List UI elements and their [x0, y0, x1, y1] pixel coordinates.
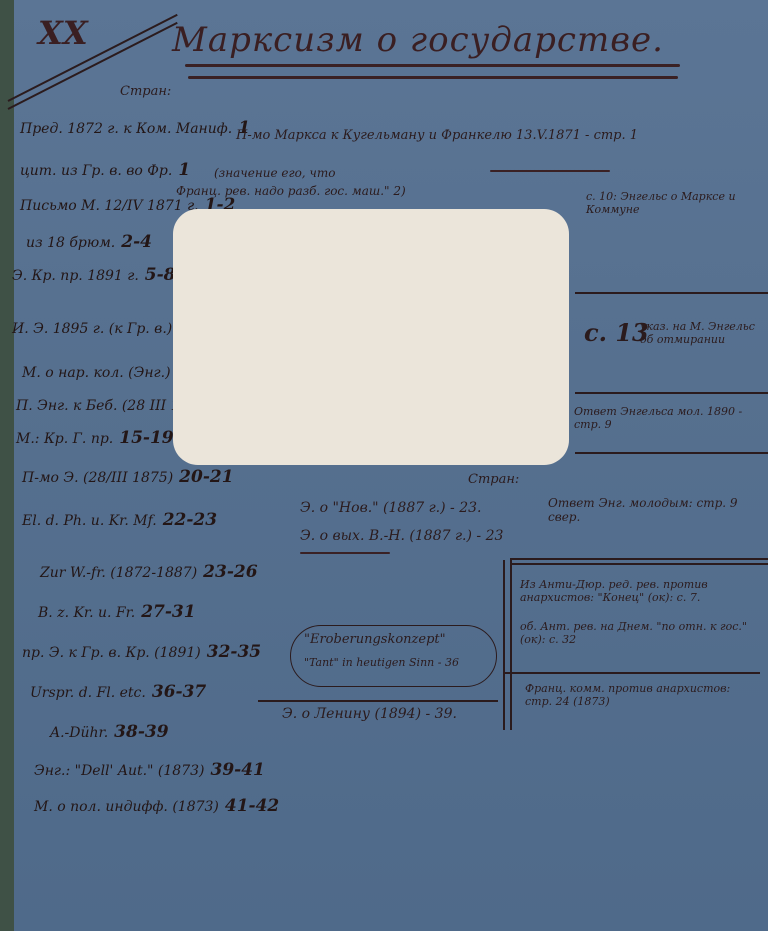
toc-row: Энг.: "Dell' Aut." (1873)39-41	[34, 760, 265, 780]
toc-row: пр. Э. к Гр. в. Кр. (1891)32-35	[22, 642, 261, 662]
box-top-inner	[510, 563, 768, 565]
note-c10: с. 10: Энгельс о Марксе и Коммуне	[586, 190, 766, 216]
toc-row: И. Э. 1895 г. (к Гр. в.)11	[12, 318, 202, 338]
top-note-sub2: Франц. рев. надо разб. гос. маш." 2)	[176, 184, 406, 198]
mid-item-2-underline	[300, 552, 390, 554]
mid-item-3: Э. о Ленину (1894) - 39.	[282, 706, 457, 722]
toc-row: из 18 брюм.2-4	[26, 232, 152, 252]
note-c13: указ. на М. Энгельс об отмирании	[640, 320, 760, 346]
notebook-spine	[0, 0, 14, 931]
top-note: П-мо Маркса к Кугельману и Франкелю 13.V…	[236, 128, 638, 143]
blank-label-card	[176, 212, 566, 462]
title-underline-1	[185, 64, 680, 67]
box-item-2: об. Ант. рев. на Днем. "по отн. к гос." …	[520, 620, 765, 646]
divider	[575, 392, 768, 394]
mid-item-2: Э. о вых. В.-Н. (1887 г.) - 23	[300, 528, 503, 544]
box-left	[503, 560, 505, 730]
toc-row: Zur W.-fr. (1872-1887)23-26	[40, 562, 258, 582]
toc-row: Пред. 1872 г. к Ком. Маниф.1	[20, 118, 250, 138]
toc-row: П-мо Э. (28/III 1875)20-21	[22, 467, 234, 487]
divider	[575, 452, 768, 454]
top-note-underline	[490, 170, 610, 172]
toc-row: A.-Dühr.38-39	[50, 722, 169, 742]
toc-row: М. о пол. индифф. (1873)41-42	[34, 796, 279, 816]
divider	[575, 292, 768, 294]
title-underline-2	[188, 76, 678, 79]
mid-item-1: Э. о "Нов." (1887 г.) - 23.	[300, 500, 481, 516]
oval-line-1: "Eroberungskonzept"	[304, 632, 446, 647]
box-footer: Франц. комм. против анархистов: стр. 24 …	[525, 682, 745, 708]
pages-header-mid: Стран:	[468, 472, 519, 487]
volume-mark: XX	[38, 14, 88, 52]
top-note-sub1: (значение его, что	[214, 166, 336, 180]
mid-divider	[258, 700, 498, 702]
toc-row: El. d. Ph. u. Kr. Mf.22-23	[22, 510, 217, 530]
toc-row: М.: Кр. Г. пр.15-19	[16, 428, 174, 448]
note-engels-answer: Ответ Энг. молодым: стр. 9 свер.	[548, 496, 748, 524]
toc-row: цит. из Гр. в. во Фр.1	[20, 160, 190, 180]
box-top	[510, 558, 768, 560]
toc-row: Э. Кр. пр. 1891 г.5-8	[12, 265, 176, 285]
note-engels-1890: Ответ Энгельса мол. 1890 - стр. 9	[574, 405, 759, 431]
toc-row: Urspr. d. Fl. etc.36-37	[30, 682, 206, 702]
pages-header-left: Стран:	[120, 84, 171, 99]
oval-line-2: "Tant" in heutigen Sinn - 36	[304, 656, 459, 669]
box-item-1: Из Анти-Дюр. ред. рев. против анархистов…	[520, 578, 760, 604]
box-mid	[505, 672, 760, 674]
toc-row: М. о нар. кол. (Энг.)12	[22, 362, 200, 382]
box-left-inner	[510, 560, 512, 730]
page-title: Марксизм о государстве.	[172, 20, 664, 60]
toc-row: B. z. Kr. u. Fr.27-31	[38, 602, 196, 622]
